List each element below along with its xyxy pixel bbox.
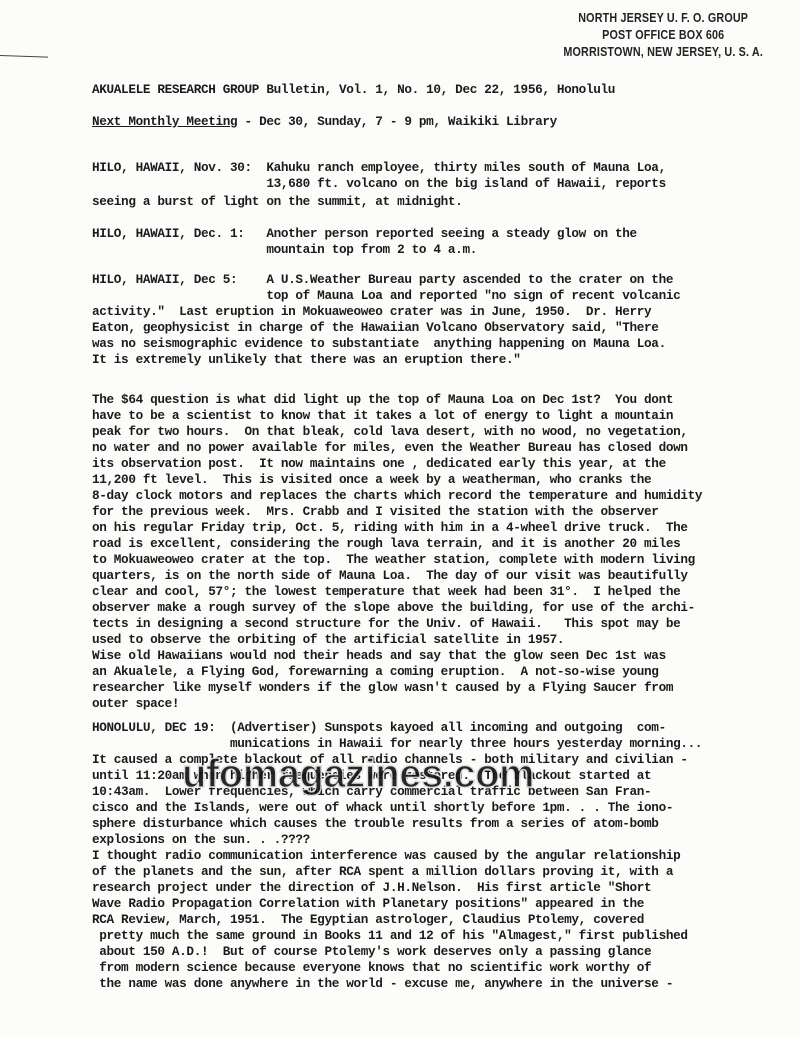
body-line: quarters, is on the north side of Mauna …: [92, 568, 688, 584]
body-line: have to be a scientist to know that it t…: [92, 408, 673, 424]
body-line: Eaton, geophysicist in charge of the Haw…: [92, 320, 659, 336]
body-line: seeing a burst of light on the summit, a…: [92, 194, 462, 210]
body-line: HILO, HAWAII, Dec 5: A U.S.Weather Burea…: [92, 272, 673, 288]
body-line: mountain top from 2 to 4 a.m.: [92, 242, 477, 258]
body-line: an Akualele, a Flying God, forewarning a…: [92, 664, 659, 680]
body-line: about 150 A.D.! But of course Ptolemy's …: [92, 944, 651, 960]
body-line: I thought radio communication interferen…: [92, 848, 680, 864]
body-line: munications in Hawaii for nearly three h…: [92, 736, 702, 752]
body-line: Wise old Hawaiians would nod their heads…: [92, 648, 666, 664]
body-line: 8-day clock motors and replaces the char…: [92, 488, 702, 504]
body-line: used to observe the orbiting of the arti…: [92, 632, 564, 648]
body-line: HILO, HAWAII, Dec. 1: Another person rep…: [92, 226, 637, 242]
stamp-po-box: POST OFFICE BOX 606: [560, 27, 766, 44]
body-line: the name was done anywhere in the world …: [92, 976, 673, 992]
stamp-city: MORRISTOWN, NEW JERSEY, U. S. A.: [560, 44, 766, 61]
body-line: on his regular Friday trip, Oct. 5, ridi…: [92, 520, 688, 536]
body-line: cisco and the Islands, were out of whack…: [92, 800, 673, 816]
body-line: tects in designing a second structure fo…: [92, 616, 680, 632]
body-line: for the previous week. Mrs. Crabb and I …: [92, 504, 659, 520]
body-line: top of Mauna Loa and reported "no sign o…: [92, 288, 680, 304]
bulletin-title: AKUALELE RESEARCH GROUP Bulletin, Vol. 1…: [92, 82, 615, 98]
body-line: activity." Last eruption in Mokuaweoweo …: [92, 304, 651, 320]
meeting-line: Next Monthly Meeting - Dec 30, Sunday, 7…: [92, 114, 557, 130]
meeting-details: - Dec 30, Sunday, 7 - 9 pm, Waikiki Libr…: [237, 114, 557, 129]
body-line: outer space!: [92, 696, 179, 712]
document-page: NORTH JERSEY U. F. O. GROUP POST OFFICE …: [0, 0, 800, 1038]
body-line: The $64 question is what did light up th…: [92, 392, 673, 408]
body-line: pretty much the same ground in Books 11 …: [92, 928, 688, 944]
body-line: Wave Radio Propagation Correlation with …: [92, 896, 644, 912]
body-line: sphere disturbance which causes the trou…: [92, 816, 659, 832]
address-stamp: NORTH JERSEY U. F. O. GROUP POST OFFICE …: [560, 10, 766, 61]
body-line: research project under the direction of …: [92, 880, 651, 896]
stamp-group-name: NORTH JERSEY U. F. O. GROUP: [560, 10, 766, 27]
body-line: was no seismographic evidence to substan…: [92, 336, 666, 352]
body-line: road is excellent, considering the rough…: [92, 536, 680, 552]
body-line: no water and no power available for mile…: [92, 440, 688, 456]
body-line: It is extremely unlikely that there was …: [92, 352, 521, 368]
body-line: HONOLULU, DEC 19: (Advertiser) Sunspots …: [92, 720, 666, 736]
body-line: explosions on the sun. . .????: [92, 832, 310, 848]
body-line: researcher like myself wonders if the gl…: [92, 680, 673, 696]
body-line: HILO, HAWAII, Nov. 30: Kahuku ranch empl…: [92, 160, 666, 176]
body-line: its observation post. It now maintains o…: [92, 456, 666, 472]
margin-pen-mark: [0, 55, 48, 58]
body-line: 11,200 ft level. This is visited once a …: [92, 472, 651, 488]
body-line: of the planets and the sun, after RCA sp…: [92, 864, 673, 880]
body-line: peak for two hours. On that bleak, cold …: [92, 424, 688, 440]
meeting-label: Next Monthly Meeting: [92, 114, 237, 129]
body-line: from modern science because everyone kno…: [92, 960, 651, 976]
body-line: observer make a rough survey of the slop…: [92, 600, 695, 616]
body-line: clear and cool, 57°; the lowest temperat…: [92, 584, 680, 600]
body-line: to Mokuaweoweo crater at the top. The we…: [92, 552, 695, 568]
body-line: 13,680 ft. volcano on the big island of …: [92, 176, 666, 192]
body-line: RCA Review, March, 1951. The Egyptian as…: [92, 912, 644, 928]
watermark: ufomagazines.com: [182, 752, 534, 797]
